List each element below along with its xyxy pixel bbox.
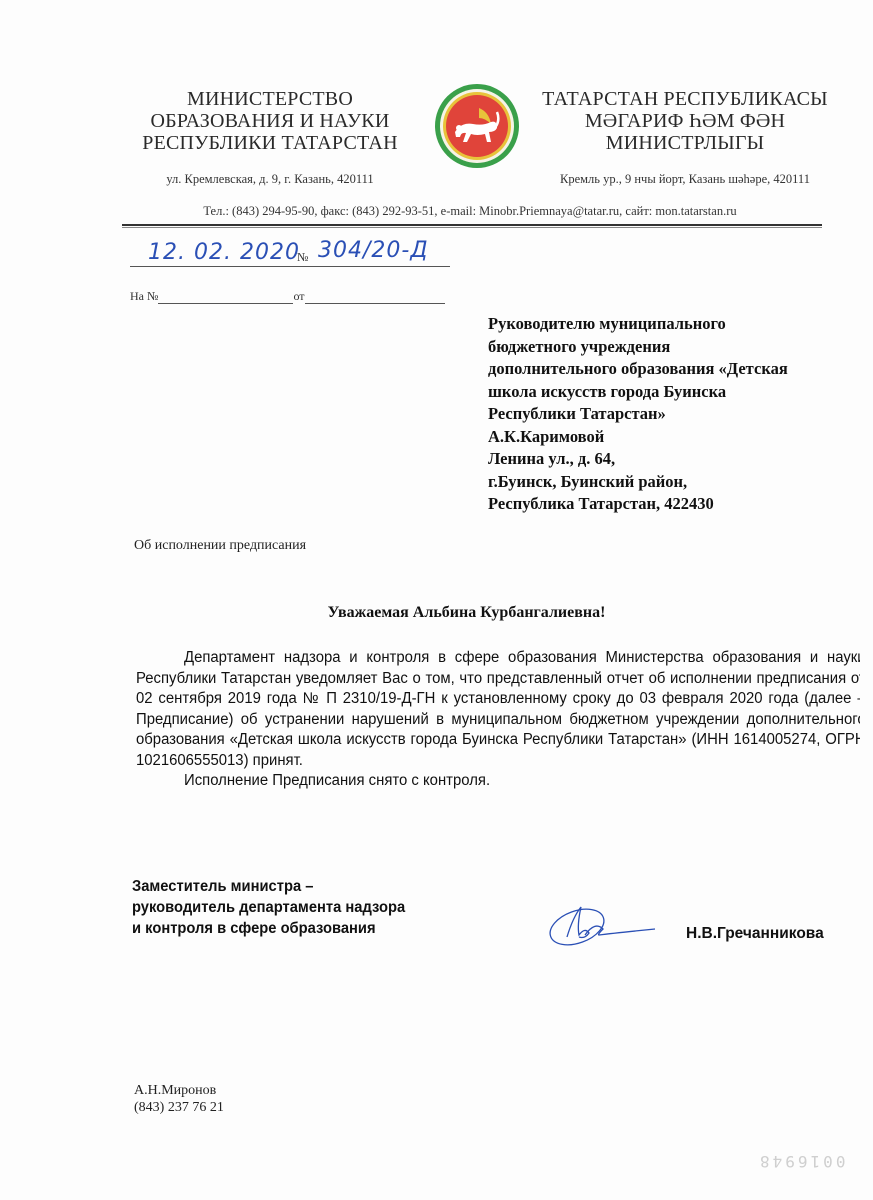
ministry-name-line-tt: МИНИСТРЛЫГЫ bbox=[530, 132, 840, 154]
recipient-line: школа искусств города Буинска bbox=[488, 381, 873, 404]
recipient-line: А.К.Каримовой bbox=[488, 426, 873, 449]
recipient-line: бюджетного учреждения bbox=[488, 336, 873, 359]
recipient-block: Руководителю муниципального бюджетного у… bbox=[488, 313, 873, 516]
coat-of-arms-icon bbox=[433, 82, 521, 170]
handwritten-signature-icon bbox=[545, 897, 665, 952]
recipient-line: Руководителю муниципального bbox=[488, 313, 873, 336]
ministry-address-tt: Кремль ур., 9 нчы йорт, Казань шәһәре, 4… bbox=[530, 172, 840, 186]
body-paragraph: Исполнение Предписания снято с контроля. bbox=[136, 771, 866, 792]
body-paragraph: Департамент надзора и контроля в сфере о… bbox=[136, 648, 866, 771]
letter-page: МИНИСТЕРСТВО ОБРАЗОВАНИЯ И НАУКИ РЕСПУБЛ… bbox=[0, 0, 873, 1200]
header-divider-thin bbox=[122, 227, 822, 228]
recipient-line: г.Буинск, Буинский район, bbox=[488, 471, 873, 494]
letterhead-left: МИНИСТЕРСТВО ОБРАЗОВАНИЯ И НАУКИ РЕСПУБЛ… bbox=[130, 88, 410, 186]
executor-block: А.Н.Миронов (843) 237 76 21 bbox=[134, 1082, 224, 1116]
signatory-title-line: и контроля в сфере образования bbox=[132, 918, 405, 939]
ministry-name-line: РЕСПУБЛИКИ ТАТАРСТАН bbox=[130, 132, 410, 154]
signatory-name: Н.В.Гречанникова bbox=[686, 925, 824, 943]
recipient-line: дополнительного образования «Детская bbox=[488, 358, 873, 381]
signatory-title: Заместитель министра – руководитель депа… bbox=[132, 876, 405, 939]
page-edge bbox=[860, 560, 873, 900]
registration-date: 12. 02. 2020 bbox=[148, 240, 300, 265]
reference-number-blank bbox=[158, 291, 293, 304]
letter-body: Департамент надзора и контроля в сфере о… bbox=[136, 648, 866, 792]
recipient-line: Республики Татарстан» bbox=[488, 403, 873, 426]
executor-phone: (843) 237 76 21 bbox=[134, 1099, 224, 1116]
executor-name: А.Н.Миронов bbox=[134, 1082, 224, 1099]
signatory-title-line: Заместитель министра – bbox=[132, 876, 405, 897]
ministry-name-line-tt: МӘГАРИФ ҺӘМ ФӘН bbox=[530, 110, 840, 132]
registration-number: 304/20-Д bbox=[318, 238, 429, 263]
ministry-name-line: ОБРАЗОВАНИЯ И НАУКИ bbox=[130, 110, 410, 132]
reference-date-blank bbox=[305, 291, 445, 304]
signatory-title-line: руководитель департамента надзора bbox=[132, 897, 405, 918]
letterhead-right: ТАТАРСТАН РЕСПУБЛИКАСЫ МӘГАРИФ ҺӘМ ФӘН М… bbox=[530, 88, 840, 186]
letter-subject: Об исполнении предписания bbox=[134, 538, 306, 554]
recipient-line: Республика Татарстан, 422430 bbox=[488, 493, 873, 516]
form-serial-number: 0016948 bbox=[757, 1152, 845, 1171]
recipient-line: Ленина ул., д. 64, bbox=[488, 448, 873, 471]
reference-number-label: На № bbox=[130, 289, 158, 303]
ministry-name-line: МИНИСТЕРСТВО bbox=[130, 88, 410, 110]
ministry-address-ru: ул. Кремлевская, д. 9, г. Казань, 420111 bbox=[130, 172, 410, 186]
greeting: Уважаемая Альбина Курбангалиевна! bbox=[0, 604, 873, 622]
header-divider bbox=[122, 224, 822, 226]
reference-from-label: от bbox=[293, 289, 304, 303]
ministry-name-line-tt: ТАТАРСТАН РЕСПУБЛИКАСЫ bbox=[530, 88, 840, 110]
registration-underline bbox=[130, 266, 450, 267]
contact-info: Тел.: (843) 294-95-90, факс: (843) 292-9… bbox=[120, 204, 820, 219]
reference-line: На №от bbox=[130, 289, 445, 304]
registration-number-label: № bbox=[297, 250, 308, 265]
